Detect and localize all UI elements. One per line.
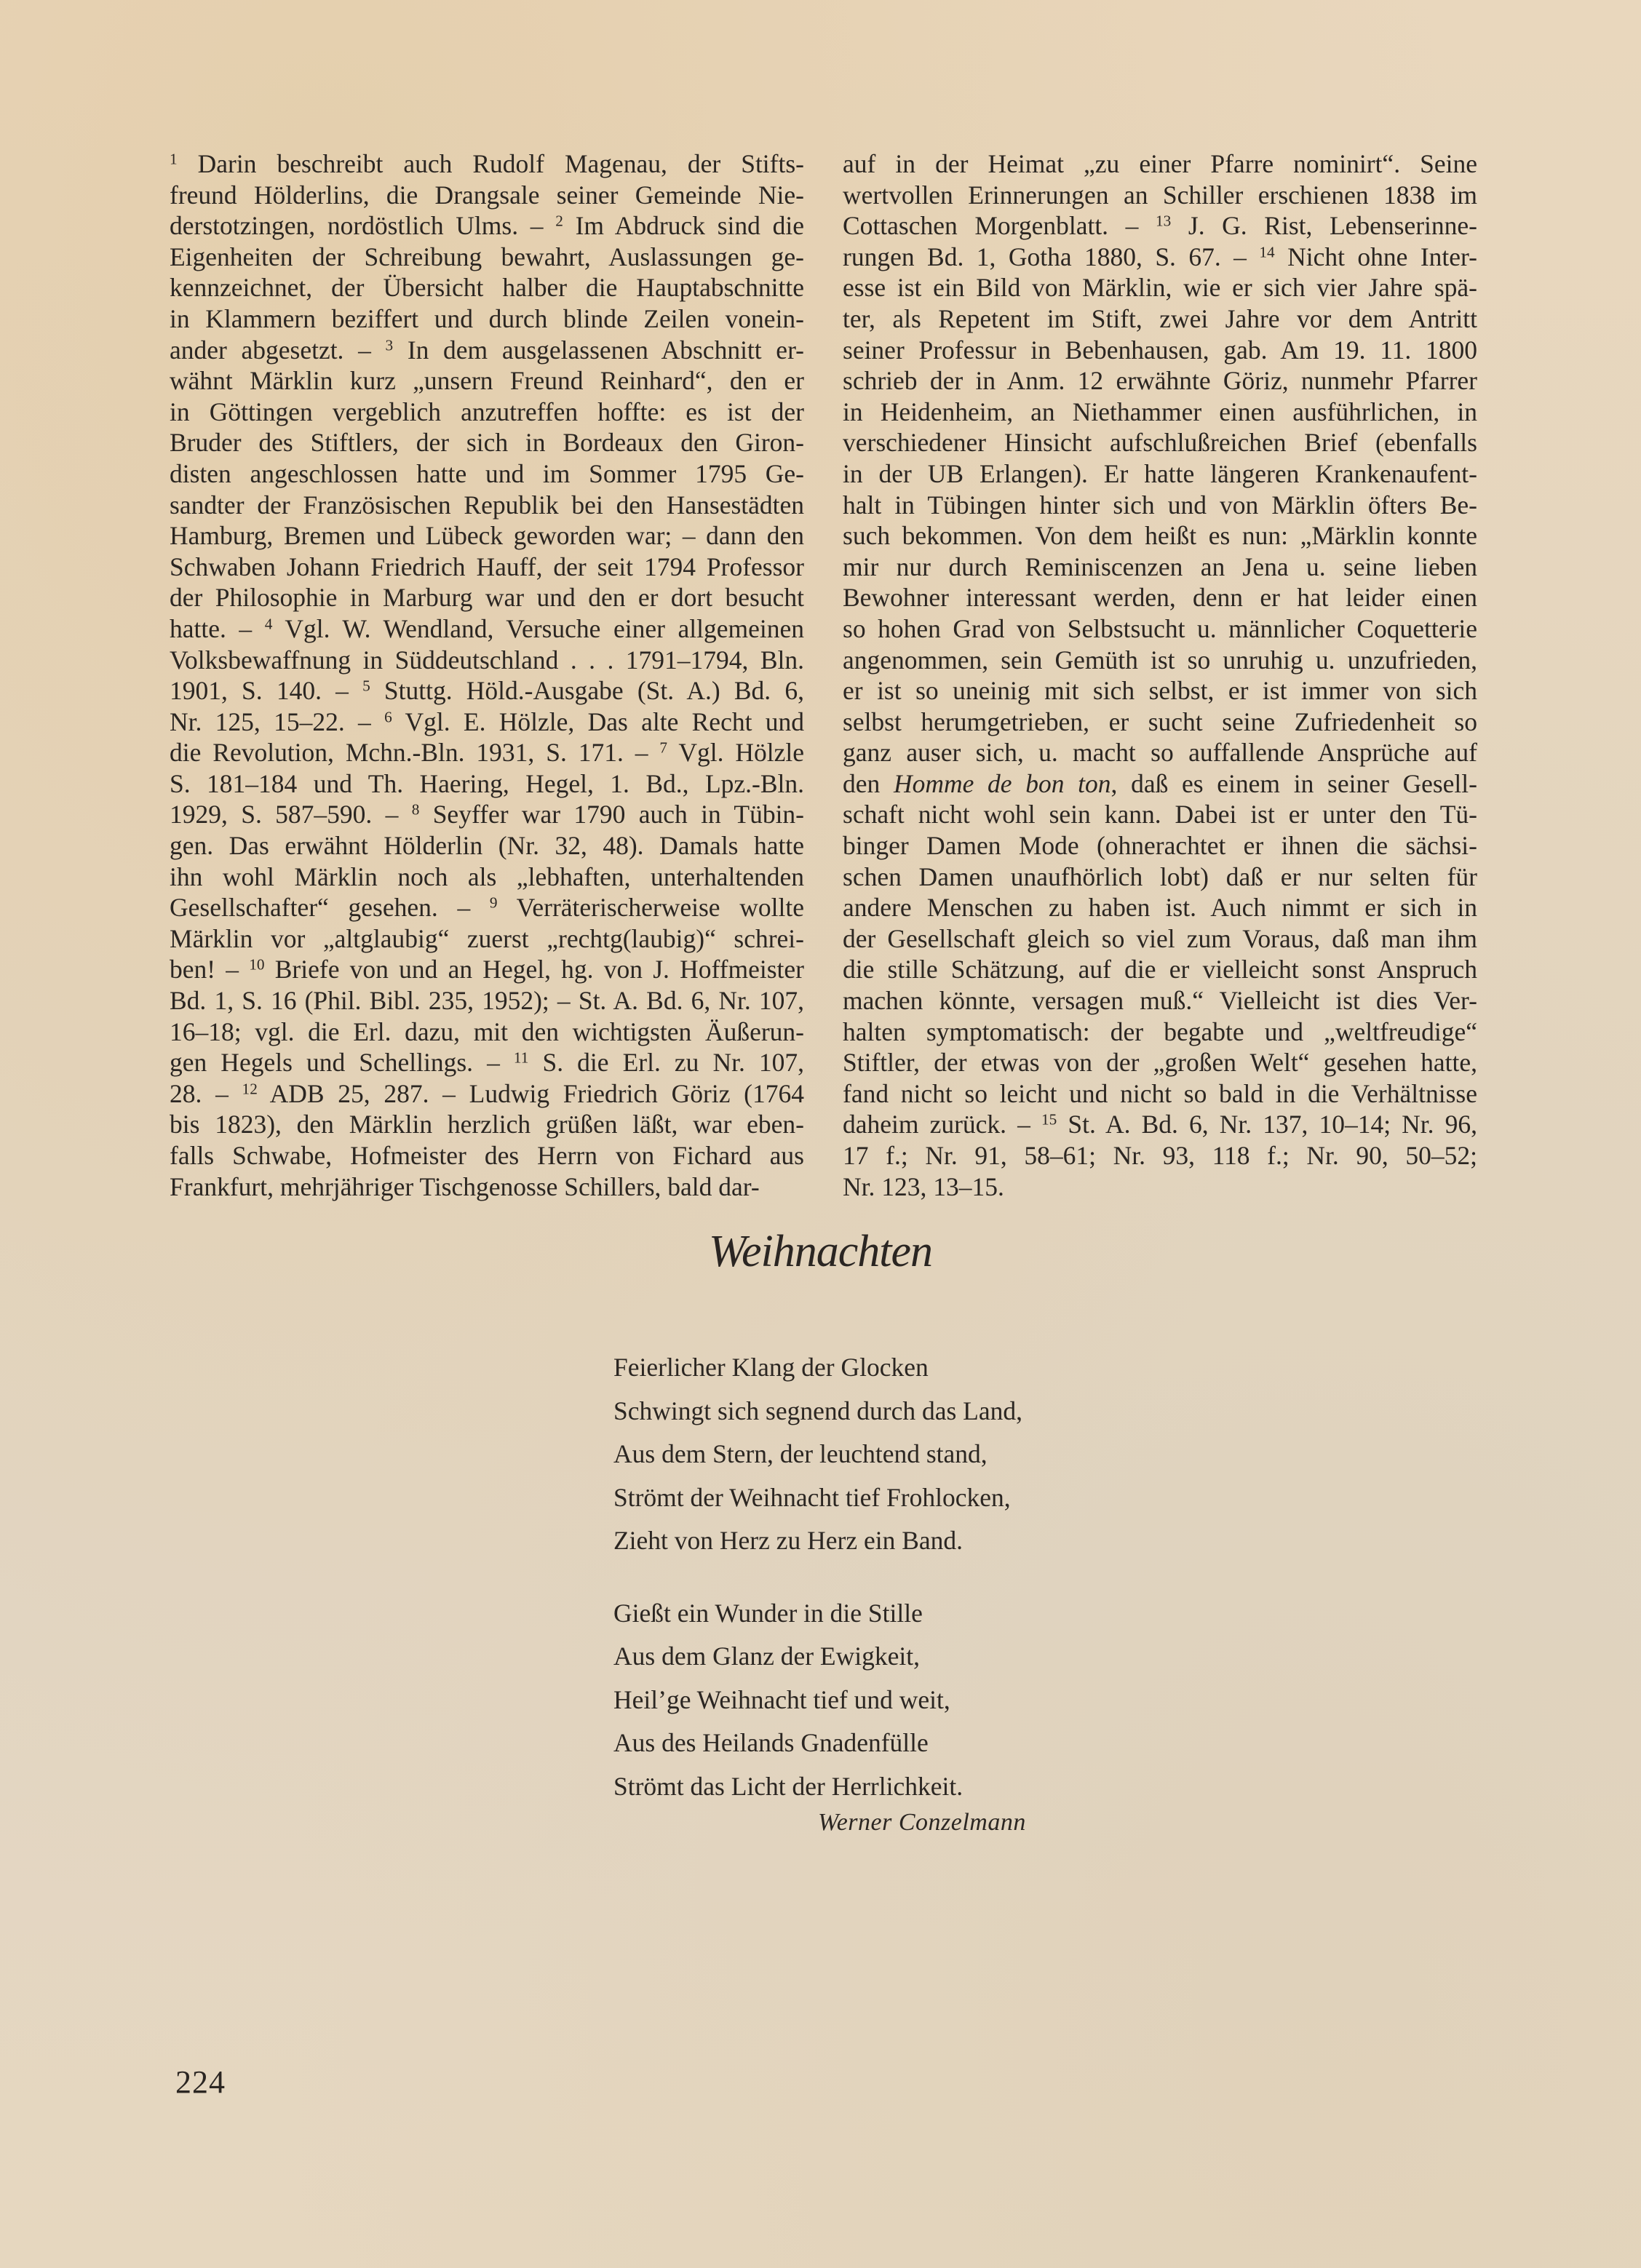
footnote-text: 16–18; vgl. die Erl. dazu, mit den wicht…: [170, 1017, 804, 1046]
footnote-text: andere Menschen zu haben ist. Auch nimmt…: [843, 893, 1477, 922]
footnote-number: 14: [1259, 243, 1274, 260]
footnote-line: such bekommen. Von dem heißt es nun: „Mä…: [843, 520, 1477, 552]
footnote-line: bis 1823), den Märklin herzlich grüßen l…: [170, 1109, 804, 1140]
footnote-line: in Göttingen vergeblich anzutreffen hoff…: [170, 397, 804, 428]
footnote-text: verschiedener Hinsicht aufschlußreichen …: [843, 428, 1477, 457]
poem-line: Aus dem Stern, der leuchtend stand,: [613, 1433, 1022, 1476]
footnote-text: Volksbewaffnung in Süddeutschland . . . …: [170, 645, 804, 675]
footnote-text: Nr. 123, 13–15.: [843, 1172, 1004, 1201]
poem-stanza-2: Gießt ein Wunder in die Stille Aus dem G…: [613, 1592, 1022, 1809]
footnote-line: halten symptomatisch: der begabte und „w…: [843, 1016, 1477, 1048]
footnote-line: in Heidenheim, an Niethammer einen ausfü…: [843, 397, 1477, 428]
footnote-number: 11: [514, 1049, 529, 1067]
footnote-text: Verräterischerweise wollte: [498, 893, 804, 922]
footnote-line: ihn wohl Märklin noch als „lebhaften, un…: [170, 862, 804, 893]
footnote-line: ganz auser sich, u. macht so auffallende…: [843, 737, 1477, 768]
footnote-line: er ist so uneinig mit sich selbst, er is…: [843, 675, 1477, 707]
footnote-line: hatte. – 4 Vgl. W. Wendland, Versuche ei…: [170, 613, 804, 645]
footnote-text: Schwaben Johann Friedrich Hauff, der sei…: [170, 552, 804, 581]
footnote-text: schen Damen unaufhörlich lobt) daß er nu…: [843, 862, 1477, 891]
footnote-line: die Revolution, Mchn.-Bln. 1931, S. 171.…: [170, 737, 804, 768]
poem-title: Weihnachten: [0, 1226, 1641, 1278]
footnote-line: wertvollen Erinnerungen an Schiller ersc…: [843, 180, 1477, 211]
footnote-line: ben! – 10 Briefe von und an Hegel, hg. v…: [170, 954, 804, 985]
footnote-number: 8: [412, 801, 420, 819]
footnote-text: St. A. Bd. 6, Nr. 137, 10–14; Nr. 96,: [1057, 1110, 1477, 1139]
poem-stanza-1: Feierlicher Klang der Glocken Schwingt s…: [613, 1346, 1022, 1563]
footnote-text: In dem ausgelassenen Abschnitt er-: [393, 335, 804, 365]
footnote-line: Bewohner interessant werden, denn er hat…: [843, 582, 1477, 613]
footnote-line: Bd. 1, S. 16 (Phil. Bibl. 235, 1952); – …: [170, 985, 804, 1016]
footnote-text: ander abgesetzt. –: [170, 335, 386, 365]
footnote-line: rungen Bd. 1, Gotha 1880, S. 67. – 14 Ni…: [843, 242, 1477, 273]
footnote-line: 1 Darin beschreibt auch Rudolf Magenau, …: [170, 148, 804, 180]
footnote-line: derstotzingen, nordöstlich Ulms. – 2 Im …: [170, 210, 804, 242]
footnote-text: Bruder des Stiftlers, der sich in Bordea…: [170, 428, 804, 457]
footnote-text: die stille Schätzung, auf die er viellei…: [843, 955, 1477, 984]
footnote-line: angenommen, sein Gemüth ist so unruhig u…: [843, 645, 1477, 676]
footnote-number: 9: [490, 894, 498, 912]
footnote-line: in der UB Erlangen). Er hatte längeren K…: [843, 458, 1477, 490]
footnote-text: Briefe von und an Hegel, hg. von J. Hoff…: [265, 955, 804, 984]
footnote-text: der Gesellschaft gleich so viel zum Vora…: [843, 924, 1477, 953]
footnote-text: S. die Erl. zu Nr. 107,: [528, 1048, 804, 1077]
footnote-line: Schwaben Johann Friedrich Hauff, der sei…: [170, 552, 804, 583]
footnote-text: Eigenheiten der Schreibung bewahrt, Ausl…: [170, 242, 804, 271]
footnote-line: machen könnte, versagen muß.“ Vielleicht…: [843, 985, 1477, 1016]
footnote-line: freund Hölderlins, die Drangsale seiner …: [170, 180, 804, 211]
footnote-text: bis 1823), den Märklin herzlich grüßen l…: [170, 1110, 804, 1139]
footnote-line: schrieb der in Anm. 12 erwähnte Göriz, n…: [843, 365, 1477, 397]
footnote-number: 4: [265, 615, 273, 632]
footnote-line: esse ist ein Bild von Märklin, wie er si…: [843, 272, 1477, 303]
footnote-text: Im Abdruck sind die: [563, 211, 804, 240]
footnote-line: andere Menschen zu haben ist. Auch nimmt…: [843, 892, 1477, 923]
footnote-text: Frankfurt, mehrjähriger Tischgenosse Sch…: [170, 1172, 760, 1201]
footnote-text: auf in der Heimat „zu einer Pfarre nomin…: [843, 149, 1477, 178]
footnote-number: 2: [555, 212, 563, 229]
footnote-text: 17 f.; Nr. 91, 58–61; Nr. 93, 118 f.; Nr…: [843, 1141, 1477, 1170]
footnote-line: fand nicht so leicht und nicht so bald i…: [843, 1078, 1477, 1110]
footnote-line: Volksbewaffnung in Süddeutschland . . . …: [170, 645, 804, 676]
footnote-line: 16–18; vgl. die Erl. dazu, mit den wicht…: [170, 1016, 804, 1048]
footnote-text: hatte. –: [170, 614, 265, 643]
poem-line: Strömt das Licht der Herrlichkeit.: [613, 1765, 1022, 1809]
footnote-line: der Philosophie in Marburg war und den e…: [170, 582, 804, 613]
footnote-text: Stiftler, der etwas von der „großen Welt…: [843, 1048, 1477, 1077]
footnote-text: den: [843, 769, 894, 798]
footnote-line: Nr. 125, 15–22. – 6 Vgl. E. Hölzle, Das …: [170, 707, 804, 738]
footnote-line: auf in der Heimat „zu einer Pfarre nomin…: [843, 148, 1477, 180]
footnote-text: such bekommen. Von dem heißt es nun: „Mä…: [843, 521, 1477, 550]
footnote-line: die stille Schätzung, auf die er viellei…: [843, 954, 1477, 985]
footnote-text: halt in Tübingen hinter sich und von Mär…: [843, 490, 1477, 520]
footnote-text: ganz auser sich, u. macht so auffallende…: [843, 738, 1477, 767]
footnote-text: die Revolution, Mchn.-Bln. 1931, S. 171.…: [170, 738, 659, 767]
book-page: 1 Darin beschreibt auch Rudolf Magenau, …: [0, 0, 1641, 2268]
footnote-text: disten angeschlossen hatte und im Sommer…: [170, 459, 804, 488]
poem-author: Werner Conzelmann: [818, 1809, 1026, 1837]
footnote-line: Märklin vor „altglaubig“ zuerst „rechtg(…: [170, 923, 804, 955]
footnote-text: so hohen Grad von Selbstsucht u. männlic…: [843, 614, 1477, 643]
poem-body: Feierlicher Klang der Glocken Schwingt s…: [613, 1346, 1022, 1837]
footnote-line: ander abgesetzt. – 3 In dem ausgelassene…: [170, 335, 804, 366]
footnote-number: 7: [659, 739, 667, 757]
footnote-line: ter, als Repetent im Stift, zwei Jahre v…: [843, 303, 1477, 335]
footnote-text: 28. –: [170, 1079, 242, 1108]
footnote-text: Cottaschen Morgenblatt. –: [843, 211, 1156, 240]
footnote-number: 5: [362, 677, 370, 694]
footnote-number: 15: [1041, 1111, 1057, 1129]
footnote-line: verschiedener Hinsicht aufschlußreichen …: [843, 427, 1477, 458]
footnote-number: 6: [384, 708, 392, 725]
footnote-text: ben! –: [170, 955, 249, 984]
footnotes-left-column: 1 Darin beschreibt auch Rudolf Magenau, …: [170, 148, 804, 1202]
footnote-line: Bruder des Stiftlers, der sich in Bordea…: [170, 427, 804, 458]
footnote-number: 10: [249, 956, 264, 974]
footnote-line: halt in Tübingen hinter sich und von Mär…: [843, 490, 1477, 521]
footnote-text: in Göttingen vergeblich anzutreffen hoff…: [170, 397, 804, 426]
footnote-text: Vgl. Hölzle: [667, 738, 804, 767]
footnote-text: binger Damen Mode (ohnerachtet er ihnen …: [843, 831, 1477, 860]
footnote-text: rungen Bd. 1, Gotha 1880, S. 67. –: [843, 242, 1259, 271]
footnote-line: S. 181–184 und Th. Haering, Hegel, 1. Bd…: [170, 768, 804, 800]
footnote-line: Nr. 123, 13–15.: [843, 1171, 1477, 1203]
footnote-text: Stuttg. Höld.-Ausgabe (St. A.) Bd. 6,: [370, 676, 804, 705]
footnote-line: Hamburg, Bremen und Lübeck geworden war;…: [170, 520, 804, 552]
footnote-text: ter, als Repetent im Stift, zwei Jahre v…: [843, 304, 1477, 333]
footnote-line: mir nur durch Reminiscenzen an Jena u. s…: [843, 552, 1477, 583]
footnote-line: den Homme de bon ton, daß es einem in se…: [843, 768, 1477, 800]
poem-line: Gießt ein Wunder in die Stille: [613, 1592, 1022, 1636]
footnote-text: kennzeichnet, der Übersicht halber die H…: [170, 273, 804, 302]
footnote-line: schen Damen unaufhörlich lobt) daß er nu…: [843, 862, 1477, 893]
footnotes-right-column: auf in der Heimat „zu einer Pfarre nomin…: [843, 148, 1477, 1202]
poem-line: Zieht von Herz zu Herz ein Band.: [613, 1519, 1022, 1563]
footnote-text: ADB 25, 287. – Ludwig Friedrich Göriz (1…: [258, 1079, 804, 1108]
footnote-text: falls Schwabe, Hofmeister des Herrn von …: [170, 1141, 804, 1170]
footnote-line: Cottaschen Morgenblatt. – 13 J. G. Rist,…: [843, 210, 1477, 242]
footnote-text: schaft nicht wohl sein kann. Dabei ist e…: [843, 800, 1477, 829]
footnote-text: in Heidenheim, an Niethammer einen ausfü…: [843, 397, 1477, 426]
footnote-line: Eigenheiten der Schreibung bewahrt, Ausl…: [170, 242, 804, 273]
footnote-line: der Gesellschaft gleich so viel zum Vora…: [843, 923, 1477, 955]
footnote-text: halten symptomatisch: der begabte und „w…: [843, 1017, 1477, 1046]
footnote-text: Bd. 1, S. 16 (Phil. Bibl. 235, 1952); – …: [170, 986, 804, 1015]
footnote-text: in Klammern beziffert und durch blinde Z…: [170, 304, 804, 333]
footnote-text: sandter der Französischen Republik bei d…: [170, 490, 804, 520]
page-number: 224: [175, 2064, 226, 2101]
poem-line: Aus des Heilands Gnadenfülle: [613, 1722, 1022, 1765]
footnote-text: wähnt Märklin kurz „unsern Freund Reinha…: [170, 366, 804, 395]
footnote-text: wertvollen Erinnerungen an Schiller ersc…: [843, 180, 1477, 210]
footnote-line: gen. Das erwähnt Hölderlin (Nr. 32, 48).…: [170, 830, 804, 862]
footnote-text: derstotzingen, nordöstlich Ulms. –: [170, 211, 555, 240]
poem-line: Strömt der Weihnacht tief Frohlocken,: [613, 1476, 1022, 1520]
footnote-text: Vgl. W. Wendland, Versuche einer allgeme…: [272, 614, 804, 643]
footnote-line: falls Schwabe, Hofmeister des Herrn von …: [170, 1140, 804, 1171]
footnote-line: selbst herumgetrieben, er sucht seine Zu…: [843, 707, 1477, 738]
poem-line: Feierlicher Klang der Glocken: [613, 1346, 1022, 1390]
footnote-text: fand nicht so leicht und nicht so bald i…: [843, 1079, 1477, 1108]
footnote-text: machen könnte, versagen muß.“ Vielleicht…: [843, 986, 1477, 1015]
footnote-text: selbst herumgetrieben, er sucht seine Zu…: [843, 707, 1477, 736]
footnote-line: kennzeichnet, der Übersicht halber die H…: [170, 272, 804, 303]
footnote-text: mir nur durch Reminiscenzen an Jena u. s…: [843, 552, 1477, 581]
footnote-text: der Philosophie in Marburg war und den e…: [170, 583, 804, 612]
footnote-line: disten angeschlossen hatte und im Sommer…: [170, 458, 804, 490]
footnote-text: Märklin vor „altglaubig“ zuerst „rechtg(…: [170, 924, 804, 953]
footnote-line: sandter der Französischen Republik bei d…: [170, 490, 804, 521]
poem-line: Schwingt sich segnend durch das Land,: [613, 1390, 1022, 1433]
footnote-text: Nicht ohne Inter-: [1275, 242, 1477, 271]
footnote-line: 28. – 12 ADB 25, 287. – Ludwig Friedrich…: [170, 1078, 804, 1110]
poem-line: Heil’ge Weihnacht tief und weit,: [613, 1679, 1022, 1722]
footnote-text: Seyffer war 1790 auch in Tübin-: [419, 800, 804, 829]
footnote-text: , daß es einem in seiner Gesell-: [1111, 769, 1477, 798]
footnote-line: 1901, S. 140. – 5 Stuttg. Höld.-Ausgabe …: [170, 675, 804, 707]
footnote-text: 1901, S. 140. –: [170, 676, 362, 705]
footnote-number: 12: [242, 1080, 258, 1097]
footnote-text: schrieb der in Anm. 12 erwähnte Göriz, n…: [843, 366, 1477, 395]
footnote-text: freund Hölderlins, die Drangsale seiner …: [170, 180, 804, 210]
poem-line: Aus dem Glanz der Ewigkeit,: [613, 1635, 1022, 1679]
footnote-line: Frankfurt, mehrjähriger Tischgenosse Sch…: [170, 1171, 804, 1203]
footnote-text: ihn wohl Märklin noch als „lebhaften, un…: [170, 862, 804, 891]
footnote-line: gen Hegels und Schellings. – 11 S. die E…: [170, 1047, 804, 1078]
footnote-text: angenommen, sein Gemüth ist so unruhig u…: [843, 645, 1477, 675]
footnote-text: Vgl. E. Hölzle, Das alte Recht und: [392, 707, 804, 736]
footnote-line: Gesellschafter“ gesehen. – 9 Verräterisc…: [170, 892, 804, 923]
footnote-line: 1929, S. 587–590. – 8 Seyffer war 1790 a…: [170, 799, 804, 830]
footnote-line: schaft nicht wohl sein kann. Dabei ist e…: [843, 799, 1477, 830]
footnote-line: seiner Professur in Bebenhausen, gab. Am…: [843, 335, 1477, 366]
footnote-text: Gesellschafter“ gesehen. –: [170, 893, 490, 922]
italic-phrase: Homme de bon ton: [894, 769, 1111, 798]
footnote-line: daheim zurück. – 15 St. A. Bd. 6, Nr. 13…: [843, 1109, 1477, 1140]
footnote-text: S. 181–184 und Th. Haering, Hegel, 1. Bd…: [170, 769, 804, 798]
footnote-text: in der UB Erlangen). Er hatte längeren K…: [843, 459, 1477, 488]
footnote-line: 17 f.; Nr. 91, 58–61; Nr. 93, 118 f.; Nr…: [843, 1140, 1477, 1171]
footnote-text: Hamburg, Bremen und Lübeck geworden war;…: [170, 521, 804, 550]
footnote-text: seiner Professur in Bebenhausen, gab. Am…: [843, 335, 1477, 365]
footnote-text: Darin beschreibt auch Rudolf Magenau, de…: [178, 149, 804, 178]
footnote-text: er ist so uneinig mit sich selbst, er is…: [843, 676, 1477, 705]
footnote-text: 1929, S. 587–590. –: [170, 800, 412, 829]
footnote-number: 1: [170, 150, 178, 167]
footnote-number: 3: [386, 336, 394, 354]
footnote-line: Stiftler, der etwas von der „großen Welt…: [843, 1047, 1477, 1078]
footnote-text: esse ist ein Bild von Märklin, wie er si…: [843, 273, 1477, 302]
footnote-text: Nr. 125, 15–22. –: [170, 707, 384, 736]
footnote-line: binger Damen Mode (ohnerachtet er ihnen …: [843, 830, 1477, 862]
footnote-text: gen Hegels und Schellings. –: [170, 1048, 514, 1077]
footnote-text: daheim zurück. –: [843, 1110, 1041, 1139]
footnote-number: 13: [1156, 212, 1171, 229]
footnote-line: wähnt Märklin kurz „unsern Freund Reinha…: [170, 365, 804, 397]
footnote-line: in Klammern beziffert und durch blinde Z…: [170, 303, 804, 335]
footnote-text: J. G. Rist, Lebenserinne-: [1171, 211, 1477, 240]
footnote-text: Bewohner interessant werden, denn er hat…: [843, 583, 1477, 612]
footnote-line: so hohen Grad von Selbstsucht u. männlic…: [843, 613, 1477, 645]
footnote-text: gen. Das erwähnt Hölderlin (Nr. 32, 48).…: [170, 831, 804, 860]
